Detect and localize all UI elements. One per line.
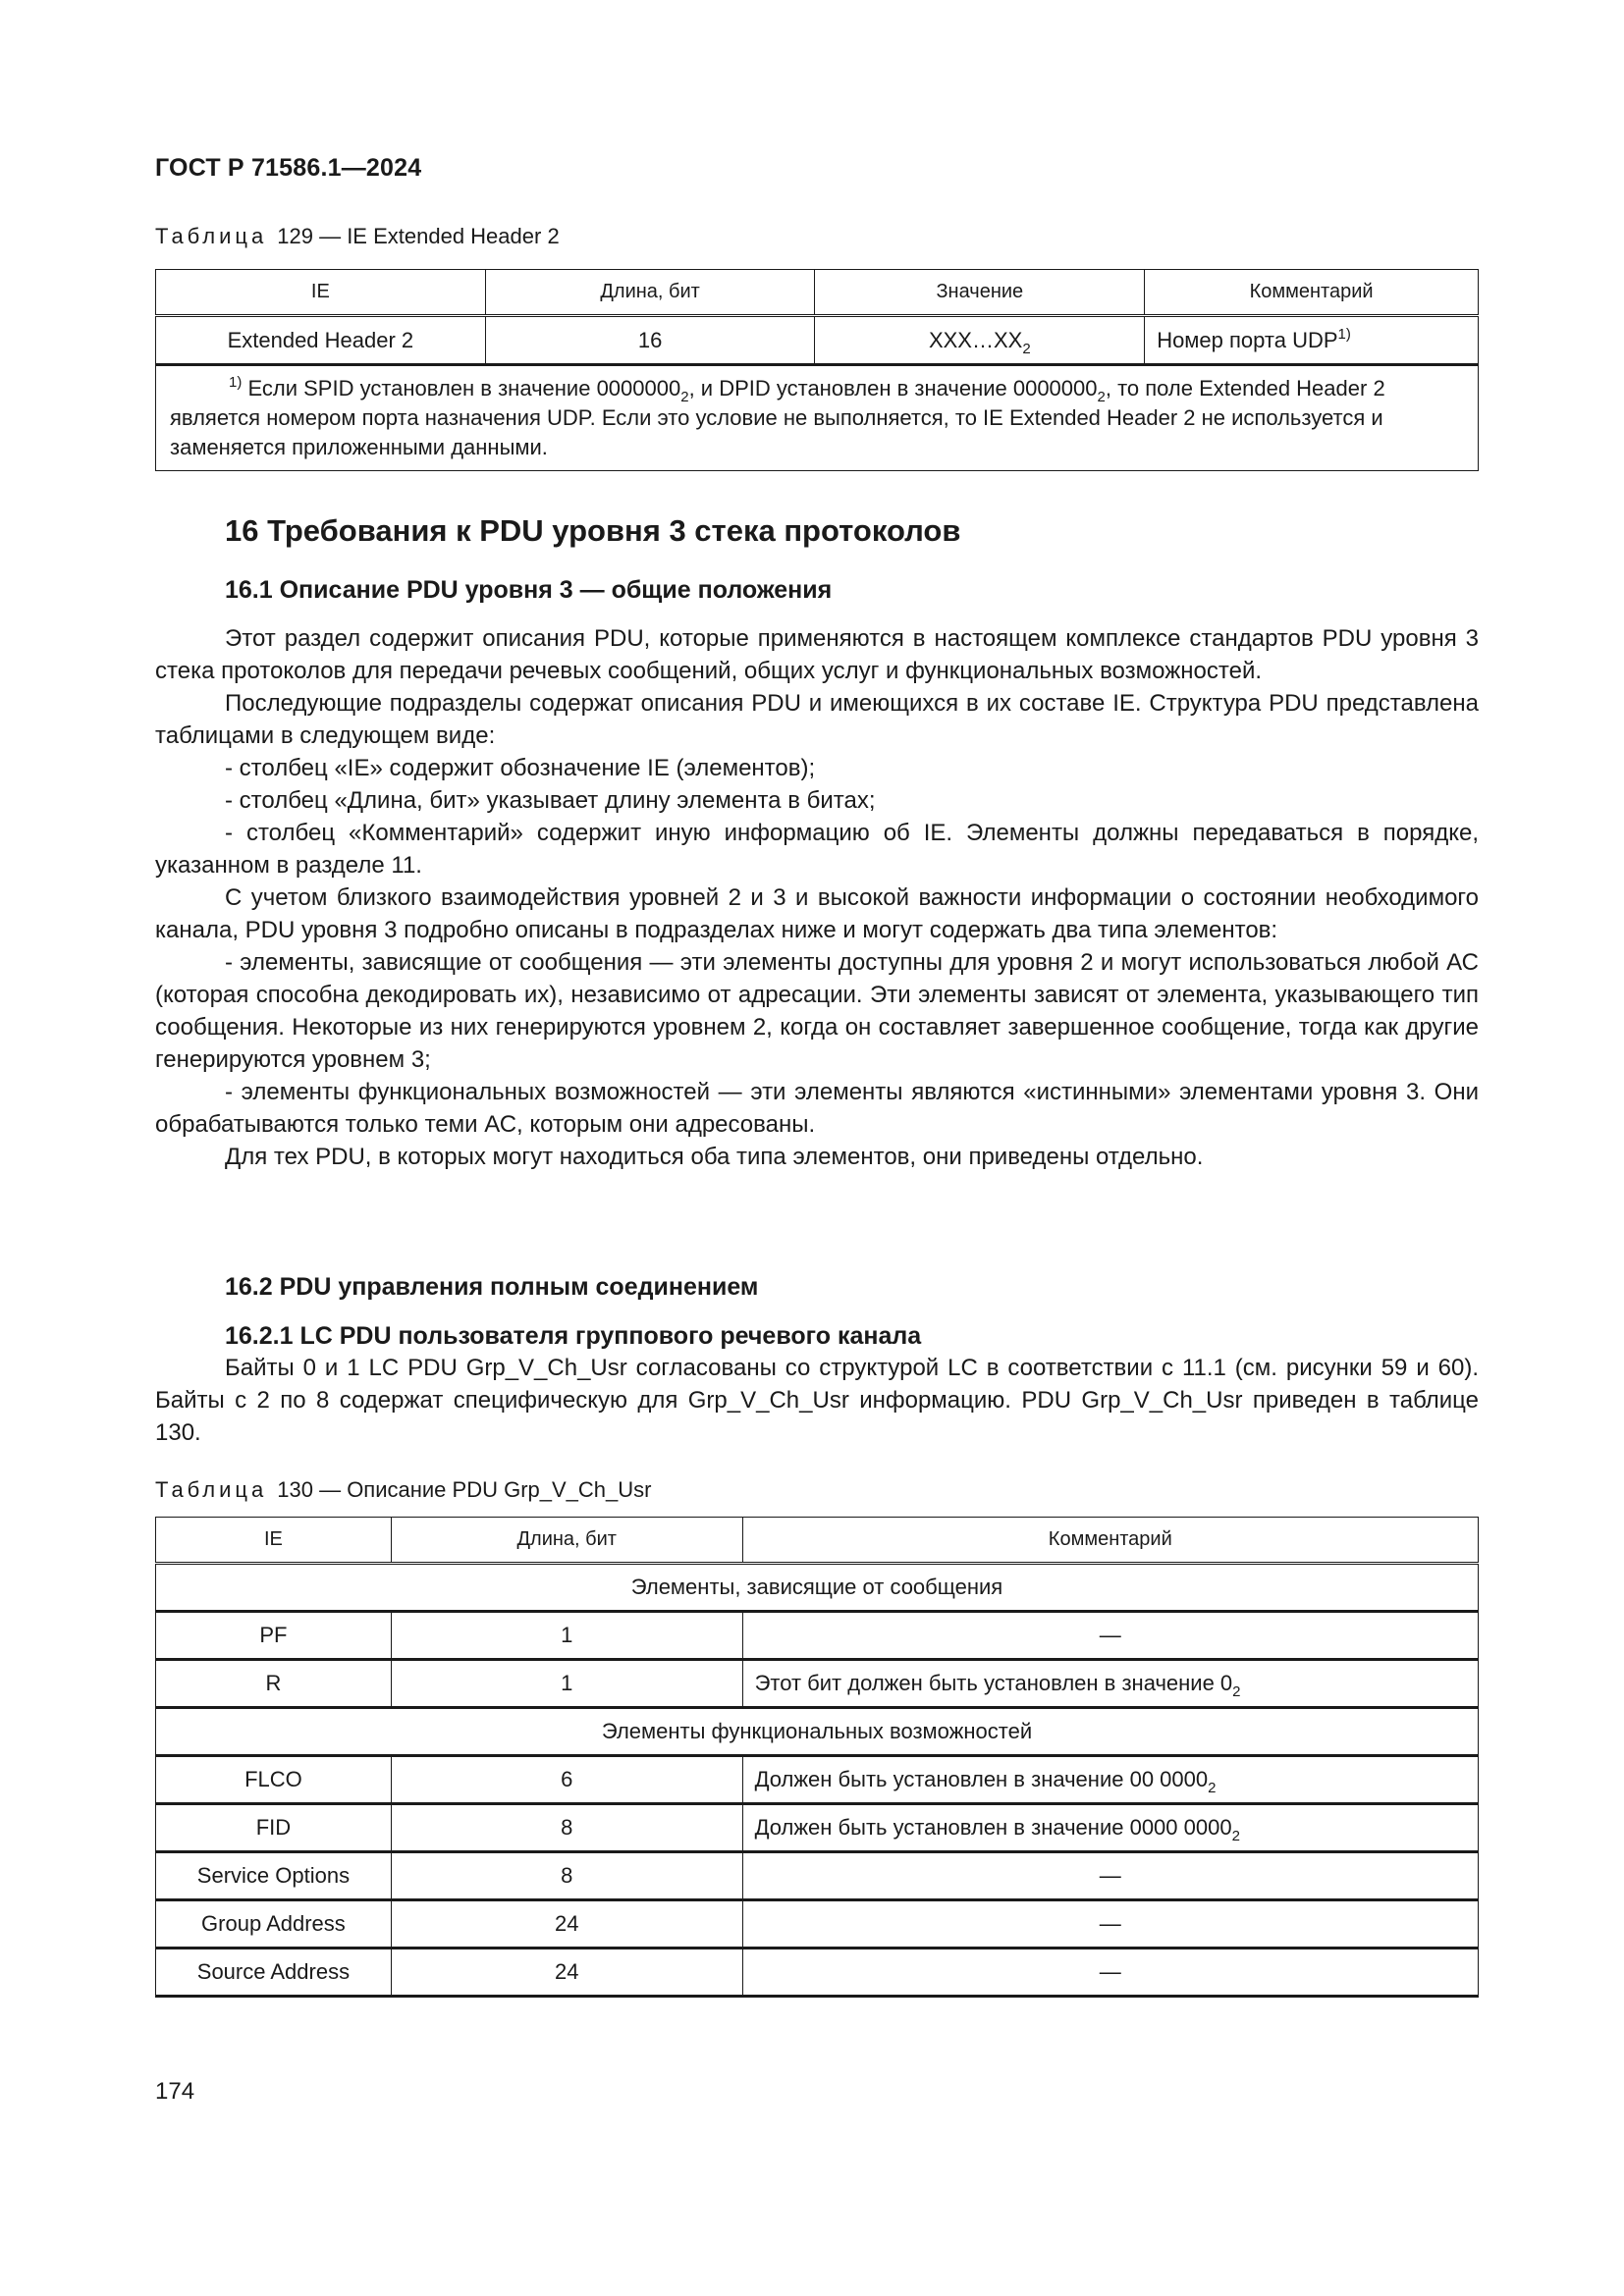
column-header-ie: IE bbox=[156, 1518, 392, 1564]
cell-ie: Service Options bbox=[156, 1852, 392, 1900]
column-header-value: Значение bbox=[815, 270, 1145, 316]
comment-text: Должен быть установлен в значение 00 000… bbox=[755, 1767, 1209, 1791]
page-number: 174 bbox=[155, 2078, 194, 2106]
paragraph: Байты 0 и 1 LC PDU Grp_V_Ch_Usr согласов… bbox=[155, 1352, 1479, 1449]
list-item: - элементы, зависящие от сообщения — эти… bbox=[155, 946, 1479, 1076]
table-129: IE Длина, бит Значение Комментарий Exten… bbox=[155, 269, 1479, 471]
table-caption-word: Таблица bbox=[155, 224, 267, 248]
comment-text: Должен быть установлен в значение 0000 0… bbox=[755, 1815, 1232, 1840]
table-footnote: 1) Если SPID установлен в значение 00000… bbox=[156, 365, 1479, 471]
table-caption-text: 130 — Описание PDU Grp_V_Ch_Usr bbox=[277, 1477, 651, 1502]
list-item: - столбец «Длина, бит» указывает длину э… bbox=[155, 784, 1479, 817]
cell-length: 24 bbox=[391, 1949, 742, 1997]
value-main: XXX…XX bbox=[929, 328, 1022, 352]
column-header-ie: IE bbox=[156, 270, 486, 316]
table-row: Source Address 24 — bbox=[156, 1949, 1479, 1997]
footnote-mark: 1) bbox=[229, 374, 242, 391]
cell-ie: Group Address bbox=[156, 1900, 392, 1949]
footnote-subscript: 2 bbox=[680, 389, 688, 405]
cell-ie: PF bbox=[156, 1612, 392, 1660]
table-footnote-row: 1) Если SPID установлен в значение 00000… bbox=[156, 365, 1479, 471]
cell-length: 8 bbox=[391, 1804, 742, 1852]
table-130: IE Длина, бит Комментарий Элементы, зави… bbox=[155, 1517, 1479, 1998]
list-item: - столбец «IE» содержит обозначение IE (… bbox=[155, 752, 1479, 784]
comment-subscript: 2 bbox=[1232, 1683, 1240, 1700]
section-16-heading: 16 Требования к PDU уровня 3 стека прото… bbox=[225, 513, 960, 549]
table-header-row: IE Длина, бит Комментарий bbox=[156, 1518, 1479, 1564]
comment-subscript: 2 bbox=[1208, 1780, 1216, 1796]
cell-ie: FLCO bbox=[156, 1756, 392, 1804]
table-group-row: Элементы, зависящие от сообщения bbox=[156, 1564, 1479, 1612]
comment-subscript: 2 bbox=[1232, 1828, 1240, 1844]
cell-length: 16 bbox=[485, 316, 815, 365]
paragraph: Последующие подразделы содержат описания… bbox=[155, 687, 1479, 752]
cell-comment: — bbox=[742, 1900, 1478, 1949]
section-16-2-1-body: Байты 0 и 1 LC PDU Grp_V_Ch_Usr согласов… bbox=[155, 1352, 1479, 1449]
group-functional-capabilities: Элементы функциональных возможностей bbox=[156, 1708, 1479, 1756]
cell-length: 6 bbox=[391, 1756, 742, 1804]
cell-length: 8 bbox=[391, 1852, 742, 1900]
cell-comment: Должен быть установлен в значение 0000 0… bbox=[742, 1804, 1478, 1852]
document-id: ГОСТ Р 71586.1—2024 bbox=[155, 154, 421, 183]
cell-ie: Extended Header 2 bbox=[156, 316, 486, 365]
cell-comment: — bbox=[742, 1852, 1478, 1900]
table-row: Group Address 24 — bbox=[156, 1900, 1479, 1949]
table-row: FID 8 Должен быть установлен в значение … bbox=[156, 1804, 1479, 1852]
value-subscript: 2 bbox=[1022, 341, 1030, 357]
section-16-1-heading: 16.1 Описание PDU уровня 3 — общие полож… bbox=[225, 576, 832, 605]
cell-comment: Номер порта UDP1) bbox=[1145, 316, 1479, 365]
group-message-dependent: Элементы, зависящие от сообщения bbox=[156, 1564, 1479, 1612]
paragraph: Этот раздел содержит описания PDU, котор… bbox=[155, 622, 1479, 687]
column-header-comment: Комментарий bbox=[742, 1518, 1478, 1564]
cell-ie: R bbox=[156, 1660, 392, 1708]
cell-length: 24 bbox=[391, 1900, 742, 1949]
table-group-row: Элементы функциональных возможностей bbox=[156, 1708, 1479, 1756]
column-header-length: Длина, бит bbox=[485, 270, 815, 316]
table-row: Service Options 8 — bbox=[156, 1852, 1479, 1900]
cell-comment: Должен быть установлен в значение 00 000… bbox=[742, 1756, 1478, 1804]
section-16-1-body: Этот раздел содержит описания PDU, котор… bbox=[155, 622, 1479, 1173]
footnote-subscript: 2 bbox=[1098, 389, 1106, 405]
section-16-2-1-heading: 16.2.1 LC PDU пользователя группового ре… bbox=[225, 1322, 921, 1351]
table-header-row: IE Длина, бит Значение Комментарий bbox=[156, 270, 1479, 316]
list-item: - элементы функциональных возможностей —… bbox=[155, 1076, 1479, 1141]
column-header-length: Длина, бит bbox=[391, 1518, 742, 1564]
footnote-ref: 1) bbox=[1338, 326, 1351, 343]
table-row: Extended Header 2 16 XXX…XX2 Номер порта… bbox=[156, 316, 1479, 365]
cell-length: 1 bbox=[391, 1612, 742, 1660]
table-130-caption: Таблица130 — Описание PDU Grp_V_Ch_Usr bbox=[155, 1477, 651, 1503]
cell-value: XXX…XX2 bbox=[815, 316, 1145, 365]
section-16-2-heading: 16.2 PDU управления полным соединением bbox=[225, 1273, 758, 1302]
table-caption-word: Таблица bbox=[155, 1477, 267, 1502]
table-129-caption: Таблица129 — IE Extended Header 2 bbox=[155, 224, 560, 249]
cell-ie: FID bbox=[156, 1804, 392, 1852]
comment-text: Этот бит должен быть установлен в значен… bbox=[755, 1671, 1233, 1695]
paragraph: С учетом близкого взаимодействия уровней… bbox=[155, 881, 1479, 946]
cell-length: 1 bbox=[391, 1660, 742, 1708]
table-caption-text: 129 — IE Extended Header 2 bbox=[277, 224, 559, 248]
paragraph: Для тех PDU, в которых могут находиться … bbox=[155, 1141, 1479, 1173]
cell-ie: Source Address bbox=[156, 1949, 392, 1997]
comment-main: Номер порта UDP bbox=[1157, 328, 1337, 352]
table-row: FLCO 6 Должен быть установлен в значение… bbox=[156, 1756, 1479, 1804]
cell-comment: — bbox=[742, 1612, 1478, 1660]
footnote-text: , и DPID установлен в значение 0000000 bbox=[689, 376, 1098, 400]
table-row: PF 1 — bbox=[156, 1612, 1479, 1660]
list-item: - столбец «Комментарий» содержит иную ин… bbox=[155, 817, 1479, 881]
table-row: R 1 Этот бит должен быть установлен в зн… bbox=[156, 1660, 1479, 1708]
cell-comment: Этот бит должен быть установлен в значен… bbox=[742, 1660, 1478, 1708]
cell-comment: — bbox=[742, 1949, 1478, 1997]
footnote-text: Если SPID установлен в значение 0000000 bbox=[242, 376, 680, 400]
column-header-comment: Комментарий bbox=[1145, 270, 1479, 316]
